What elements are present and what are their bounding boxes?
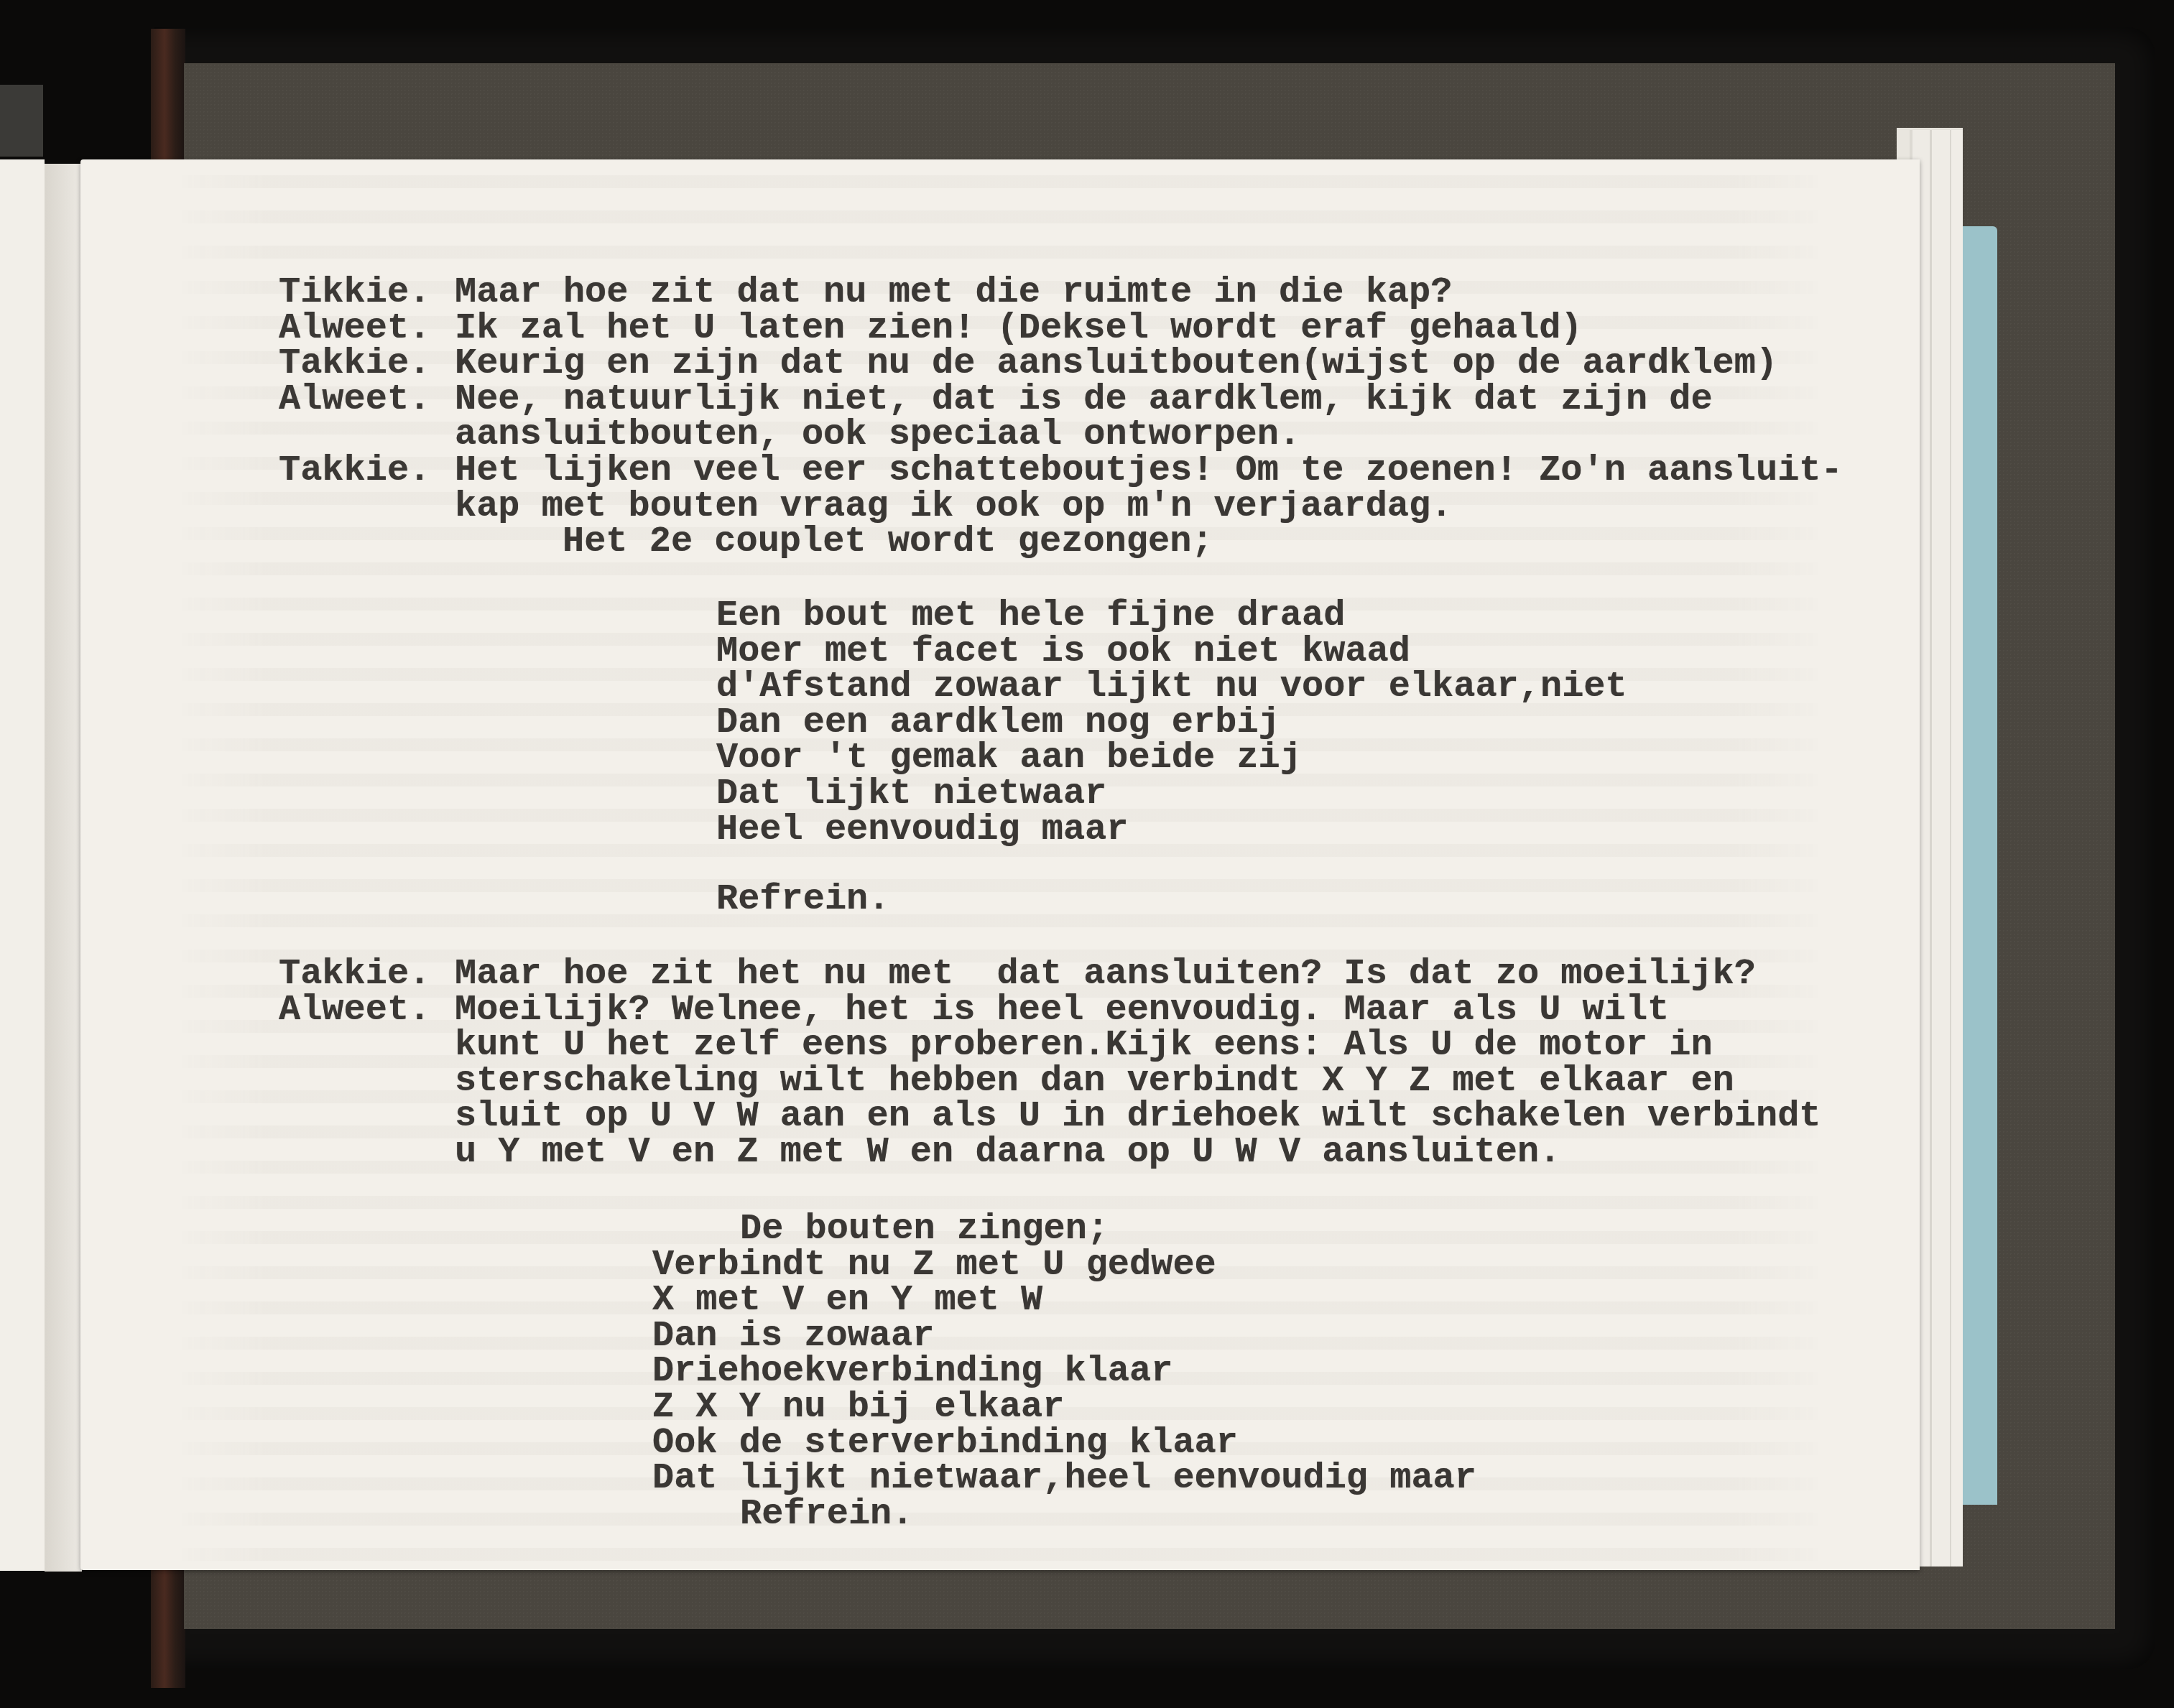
dialogue-line: sterschakeling wilt hebben dan verbindt … xyxy=(455,1064,1734,1100)
song-lyric-line: d'Afstand zowaar lijkt nu voor elkaar,ni… xyxy=(716,669,1627,705)
speaker-name: Alweet. xyxy=(279,993,430,1029)
typewritten-page: Tikkie.Maar hoe zit dat nu met die ruimt… xyxy=(80,159,1920,1570)
song-lyric-line: Z X Y nu bij elkaar xyxy=(652,1390,1064,1426)
dialogue-line: Het lijken veel eer schatteboutjes! Om t… xyxy=(455,453,1843,489)
facing-cover-edge xyxy=(0,85,43,157)
song-lyric-line: Dat lijkt nietwaar xyxy=(716,776,1106,812)
song-lyric-line: Voor 't gemak aan beide zij xyxy=(716,741,1302,776)
blue-insert-tab xyxy=(1963,226,1997,1505)
speaker-name: Takkie. xyxy=(279,346,430,382)
dialogue-line: Ik zal het U laten zien! (Deksel wordt e… xyxy=(455,311,1583,347)
song-lyric-line: Dat lijkt nietwaar,heel eenvoudig maar xyxy=(652,1461,1476,1497)
song-lyric-line: Dan is zowaar xyxy=(652,1319,934,1355)
dialogue-line: kunt U het zelf eens proberen.Kijk eens:… xyxy=(455,1028,1713,1064)
song-lyric-line: Driehoekverbinding klaar xyxy=(652,1354,1172,1390)
song-lyric-line: Dan een aardklem nog erbij xyxy=(716,705,1280,741)
speaker-name: Alweet. xyxy=(279,382,430,418)
stage-direction: De bouten zingen; xyxy=(740,1212,1109,1248)
song-lyric-line: Een bout met hele fijne draad xyxy=(716,598,1345,634)
song-lyric-line: X met V en Y met W xyxy=(652,1283,1042,1319)
facing-page xyxy=(0,159,45,1571)
refrain-label: Refrein. xyxy=(740,1497,913,1533)
dialogue-line: kap met bouten vraag ik ook op m'n verja… xyxy=(455,489,1452,525)
song-lyric-line: Ook de sterverbinding klaar xyxy=(652,1426,1238,1462)
dialogue-line: Moeilijk? Welnee, het is heel eenvoudig.… xyxy=(455,993,1669,1029)
speaker-name: Takkie. xyxy=(279,957,430,993)
dialogue-line: Maar hoe zit het nu met dat aansluiten? … xyxy=(455,957,1756,993)
page-gutter xyxy=(45,164,82,1572)
stage-direction: Het 2e couplet wordt gezongen; xyxy=(563,524,1213,560)
dialogue-line: sluit op U V W aan en als U in driehoek … xyxy=(455,1099,1821,1135)
speaker-name: Takkie. xyxy=(279,453,430,489)
dialogue-line: Nee, natuurlijk niet, dat is de aardklem… xyxy=(455,382,1713,418)
speaker-name: Alweet. xyxy=(279,311,430,347)
song-lyric-line: Heel eenvoudig maar xyxy=(716,812,1128,848)
song-lyric-line: Moer met facet is ook niet kwaad xyxy=(716,634,1410,670)
dialogue-line: Keurig en zijn dat nu de aansluitbouten(… xyxy=(455,346,1777,382)
song-lyric-line: Verbindt nu Z met U gedwee xyxy=(652,1248,1216,1284)
dialogue-line: Maar hoe zit dat nu met die ruimte in di… xyxy=(455,275,1452,311)
dialogue-line: aansluitbouten, ook speciaal ontworpen. xyxy=(455,417,1300,453)
dialogue-line: u Y met V en Z met W en daarna op U W V … xyxy=(455,1135,1560,1171)
refrain-label: Refrein. xyxy=(716,882,889,918)
speaker-name: Tikkie. xyxy=(279,275,430,311)
